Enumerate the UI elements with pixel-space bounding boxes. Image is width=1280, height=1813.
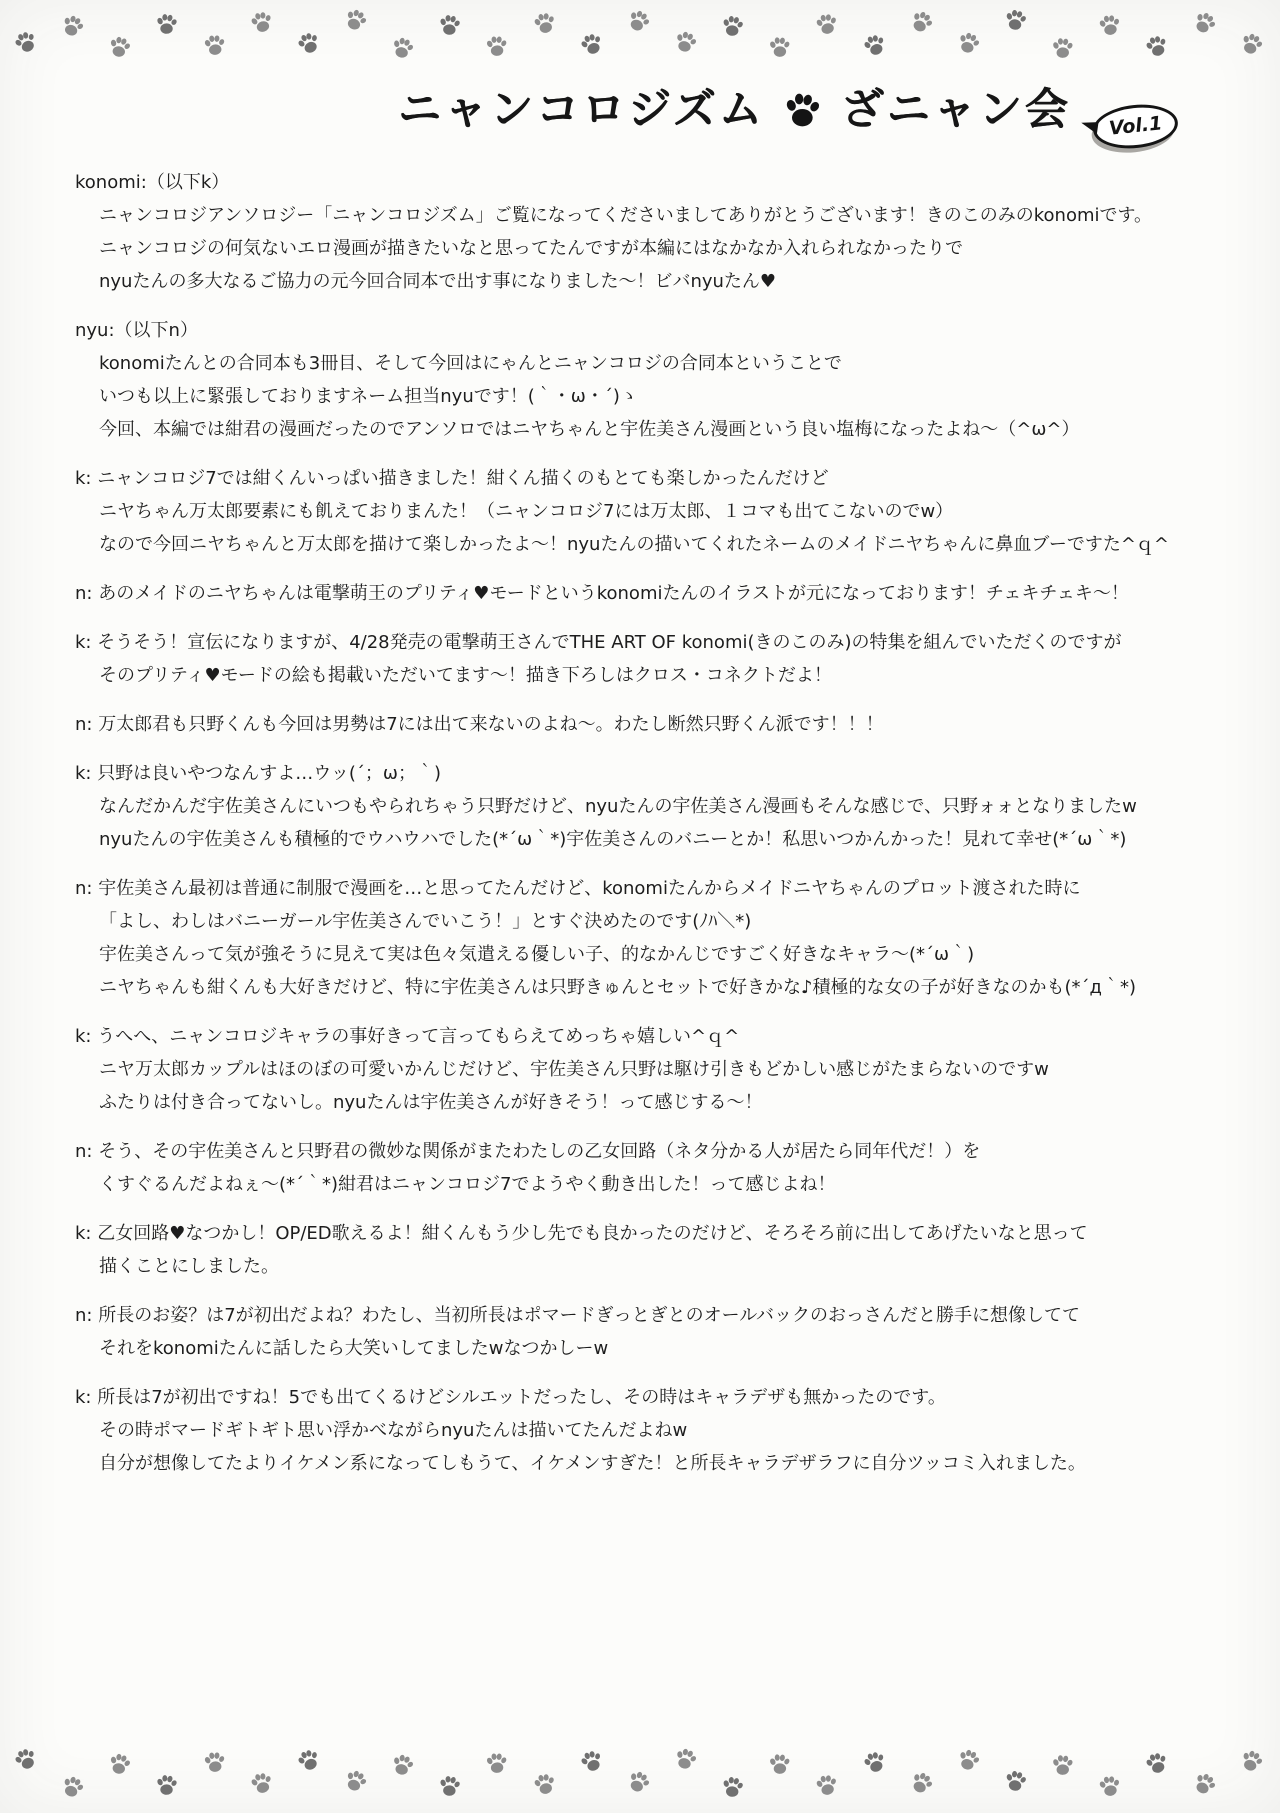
speech-line: k: 只野は良いやつなんすよ…ウッ(´；ω；｀) [75,757,1250,790]
paw-icon [721,14,747,40]
speech-line: ふたりは付き合ってないし。nyuたんは宇佐美さんが好きそう！って感じする～！ [75,1086,1250,1119]
speech-line: nyuたんの多大なるご協力の元今回合同本で出す事になりました～！ビバnyuたん♥ [75,265,1250,298]
paw-icon [815,12,841,38]
paw-icon [155,12,181,38]
paw-icon [1004,1769,1030,1795]
paw-icon [391,1753,417,1779]
paw-icon [250,1771,276,1797]
conversation: konomi:（以下k）ニャンコロジアンソロジー「ニャンコロジズム」ご覧になって… [75,166,1250,1496]
speech-line: 自分が想像してたよりイケメン系になってしもうて、イケメンすぎた！と所長キャラデザ… [75,1447,1250,1480]
paw-icon [815,1773,841,1799]
speech-line: n: そう、その宇佐美さんと只野君の微妙な関係がまたわたしの乙女回路（ネタ分かる… [75,1135,1250,1168]
paw-icon [344,8,370,34]
speech-block: k: 所長は7が初出ですね！5でも出てくるけどシルエットだったし、その時はキャラ… [75,1381,1250,1480]
speech-line: その時ポマードギトギト思い浮かべながらnyuたんは描いてたんだよねw [75,1414,1250,1447]
paw-icon [580,32,606,58]
speech-line: ニヤちゃん万太郎要素にも飢えておりまんた！（ニャンコロジ7には万太郎、１コマも出… [75,495,1250,528]
paw-icon [1098,13,1124,39]
speech-line: n: 所長のお姿？は7が初出だよね？わたし、当初所長はポマードぎっとぎとのオール… [75,1299,1250,1332]
paw-icon [1145,1751,1171,1777]
paw-icon [438,13,464,39]
page-title: ニャンコロジズム ざニャン会 Vol.1 [398,76,1172,137]
speech-line: ニャンコロジアンソロジー「ニャンコロジズム」ご覧になってくださいましてありがとう… [75,199,1250,232]
speech-line: k: うへへ、ニャンコロジキャラの事好きって言ってもらえてめっちゃ嬉しい^ｑ^ [75,1020,1250,1053]
paw-icon [61,14,87,40]
speech-line: 今回、本編では紺君の漫画だったのでアンソロではニヤちゃんと宇佐美さん漫画という良… [75,413,1250,446]
title-sub: ざニャン会 [841,76,1071,137]
speech-block: nyu:（以下n）konomiたんとの合同本も3冊目、そして今回はにゃんとニャン… [75,314,1250,446]
paw-icon [344,1769,370,1795]
paw-icon [14,1747,40,1773]
paw-icon [1145,34,1171,60]
bottom-paw-border [0,1745,1280,1807]
speech-line: それをkonomiたんに話したら大笑いしてましたwなつかしーw [75,1332,1250,1365]
speech-line: k: ニャンコロジ7では紺くんいっぱい描きました！紺くん描くのもとても楽しかった… [75,462,1250,495]
paw-icon [1240,32,1266,58]
speech-block: n: 宇佐美さん最初は普通に制服で漫画を…と思ってたんだけど、konomiたんか… [75,872,1250,1004]
paw-icon [863,1750,889,1776]
speech-line: いつも以上に緊張しておりますネーム担当nyuです！(｀・ω・´)ゝ [75,380,1250,413]
speech-line: nyuたんの宇佐美さんも積極的でウハウハでした(*´ω｀*)宇佐美さんのバニーと… [75,823,1250,856]
speech-block: n: 所長のお姿？は7が初出だよね？わたし、当初所長はポマードぎっとぎとのオール… [75,1299,1250,1365]
top-paw-border [0,6,1280,68]
paw-icon [485,1751,511,1777]
paw-icon [910,1771,936,1797]
speech-line: 「よし、わしはバニーガール宇佐美さんでいこう！」とすぐ決めたのです(ﾉﾊ＼*) [75,905,1250,938]
speech-block: n: あのメイドのニヤちゃんは電撃萌王のプリティ♥モードというkonomiたんの… [75,577,1250,610]
paw-icon [1240,1749,1266,1775]
speech-line: konomiたんとの合同本も3冊目、そして今回はにゃんとニャンコロジの合同本とい… [75,347,1250,380]
paw-icon [485,34,511,60]
speaker-label: konomi:（以下k） [75,166,1250,199]
paw-icon [203,33,229,59]
paw-icon [108,35,134,61]
paw-icon [768,1752,794,1778]
scanned-doujin-page: ニャンコロジズム ざニャン会 Vol.1 konomi:（以下k）ニャンコロジア… [0,0,1280,1813]
paw-icon [1051,36,1077,62]
paw-icon [108,1752,134,1778]
paw-icon [297,1748,323,1774]
paw-icon [627,9,653,35]
paw-icon [297,31,323,57]
paw-icon [674,1747,700,1773]
paw-icon [1004,8,1030,34]
paw-icon [674,30,700,56]
speech-block: k: 只野は良いやつなんすよ…ウッ(´；ω；｀)なんだかんだ宇佐美さんにいつもや… [75,757,1250,856]
speech-block: k: そうそう！宣伝になりますが、4/28発売の電撃萌王さんでTHE ART O… [75,626,1250,692]
speech-line: そのプリティ♥モードの絵も掲載いただいてます～！描き下ろしはクロス・コネクトだよ… [75,659,1250,692]
paw-icon [863,33,889,59]
speech-line: くすぐるんだよねぇ～(*´｀*)紺君はニャンコロジ7でようやく動き出した！って感… [75,1168,1250,1201]
paw-icon [721,1775,747,1801]
speech-block: konomi:（以下k）ニャンコロジアンソロジー「ニャンコロジズム」ご覧になって… [75,166,1250,298]
speech-line: 描くことにしました。 [75,1250,1250,1283]
paw-icon [533,11,559,37]
speech-line: なんだかんだ宇佐美さんにいつもやられちゃう只野だけど、nyuたんの宇佐美さん漫画… [75,790,1250,823]
speech-line: ニャンコロジの何気ないエロ漫画が描きたいなと思ってたんですが本編にはなかなか入れ… [75,232,1250,265]
paw-icon [1098,1774,1124,1800]
paw-icon [391,36,417,62]
speech-block: n: 万太郎君も只野くんも今回は男勢は7には出て来ないのよね～。わたし断然只野く… [75,708,1250,741]
speech-line: 宇佐美さんって気が強そうに見えて実は色々気遣える優しい子、的なかんじですごく好き… [75,938,1250,971]
paw-icon [61,1775,87,1801]
paw-icon [580,1749,606,1775]
title-main: ニャンコロジズム [398,76,765,137]
vol-badge: Vol.1 [1091,101,1180,153]
speech-line: k: 乙女回路♥なつかし！OP/ED歌えるよ！紺くんもう少し先でも良かったのだけ… [75,1217,1250,1250]
paw-icon [533,1772,559,1798]
paw-icon [438,1774,464,1800]
paw-icon [203,1750,229,1776]
paw-icon [155,1773,181,1799]
speech-block: k: ニャンコロジ7では紺くんいっぱい描きました！紺くん描くのもとても楽しかった… [75,462,1250,561]
paw-icon [957,1748,983,1774]
speaker-label: nyu:（以下n） [75,314,1250,347]
paw-icon [1051,1753,1077,1779]
paw-icon [627,1770,653,1796]
speech-line: なので今回ニヤちゃんと万太郎を描けて楽しかったよ～！nyuたんの描いてくれたネー… [75,528,1250,561]
speech-line: n: 万太郎君も只野くんも今回は男勢は7には出て来ないのよね～。わたし断然只野く… [75,708,1250,741]
speech-line: k: 所長は7が初出ですね！5でも出てくるけどシルエットだったし、その時はキャラ… [75,1381,1250,1414]
paw-icon [250,10,276,36]
speech-block: k: 乙女回路♥なつかし！OP/ED歌えるよ！紺くんもう少し先でも良かったのだけ… [75,1217,1250,1283]
speech-line: ニヤちゃんも紺くんも大好きだけど、特に宇佐美さんは只野きゅんとセットで好きかな♪… [75,971,1250,1004]
paw-icon [783,90,823,130]
paw-icon [957,31,983,57]
paw-icon [14,30,40,56]
vol-badge-label: Vol.1 [1108,112,1163,139]
speech-line: k: そうそう！宣伝になりますが、4/28発売の電撃萌王さんでTHE ART O… [75,626,1250,659]
speech-line: n: 宇佐美さん最初は普通に制服で漫画を…と思ってたんだけど、konomiたんか… [75,872,1250,905]
paw-icon [1193,1772,1219,1798]
speech-line: ニヤ万太郎カップルはほのぼの可愛いかんじだけど、宇佐美さん只野は駆け引きもどかし… [75,1053,1250,1086]
paw-icon [768,35,794,61]
speech-line: n: あのメイドのニヤちゃんは電撃萌王のプリティ♥モードというkonomiたんの… [75,577,1250,610]
paw-icon [1193,11,1219,37]
paw-icon [910,10,936,36]
speech-block: k: うへへ、ニャンコロジキャラの事好きって言ってもらえてめっちゃ嬉しい^ｑ^ニ… [75,1020,1250,1119]
speech-block: n: そう、その宇佐美さんと只野君の微妙な関係がまたわたしの乙女回路（ネタ分かる… [75,1135,1250,1201]
